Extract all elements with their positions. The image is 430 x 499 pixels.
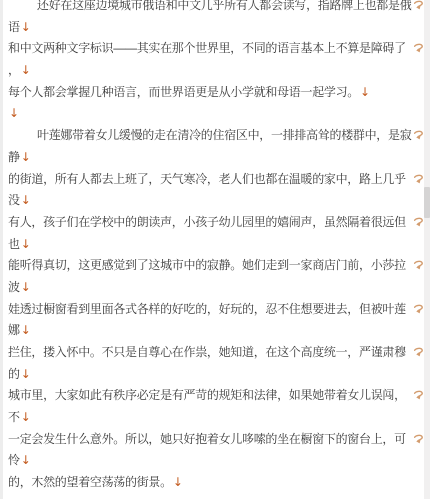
line-text: 波 <box>8 280 20 294</box>
page-edge <box>0 0 3 499</box>
scrollbar-thumb[interactable] <box>424 187 430 218</box>
wrap-return-mark-icon <box>413 130 424 141</box>
line-break-mark-icon: ↓ <box>9 106 19 120</box>
text-line[interactable]: 怜↓ <box>8 450 424 472</box>
line-text: 娜 <box>8 323 20 337</box>
line-text: 不 <box>8 410 20 424</box>
wrap-return-mark-icon <box>413 43 424 54</box>
text-line[interactable]: 不↓ <box>8 407 424 429</box>
text-line[interactable]: 波↓ <box>8 277 424 299</box>
text-line[interactable]: 每个人都会掌握几种语言，而世界语更是从小学就和母语一起学习。↓ <box>8 82 424 104</box>
line-text: 没 <box>8 193 20 207</box>
text-line[interactable]: 还好在这座边境城市俄语和中文几乎所有人都会读写，指路牌上也都是俄 <box>8 0 424 17</box>
line-break-mark-icon: ↓ <box>360 85 370 99</box>
line-text: 的，木然的望着空荡荡的街景。 <box>8 475 172 489</box>
line-break-mark-icon: ↓ <box>21 453 31 467</box>
line-text: 城市里，大家如此有秩序必定是有严苛的规矩和法律，如果她带着女儿误闯， <box>8 388 406 402</box>
text-line[interactable]: 的街道，所有人都去上班了，天气寒冷，老人们也都在温暖的家中，路上几乎 <box>8 169 424 191</box>
wrap-return-mark-icon <box>413 217 424 228</box>
document-view: 还好在这座边境城市俄语和中文几乎所有人都会读写，指路牌上也都是俄语↓和中文两种文… <box>0 0 430 499</box>
text-line[interactable]: ，↓ <box>8 60 424 82</box>
text-line[interactable]: 拦住，搂入怀中。不只是自尊心在作祟，她知道，在这个高度统一，严谨肃穆 <box>8 342 424 364</box>
line-text: 的 <box>8 367 20 381</box>
text-line[interactable]: 有人，孩子们在学校中的朗读声，小孩子幼儿园里的嬉闹声，虽然隔着很远但 <box>8 212 424 234</box>
text-line[interactable]: 娃透过橱窗看到里面各式各样的好吃的，好玩的，忍不住想要进去，但被叶莲 <box>8 299 424 321</box>
text-line[interactable]: 没↓ <box>8 190 424 212</box>
text-line[interactable]: 的，木然的望着空荡荡的街景。↓ <box>8 472 424 494</box>
wrap-return-mark-icon <box>413 174 424 185</box>
line-text: 语 <box>8 20 20 34</box>
text-line[interactable]: 能听得真切，这更感觉到了这城市中的寂静。她们走到一家商店门前，小莎拉 <box>8 255 424 277</box>
wrap-return-mark-icon <box>413 260 424 271</box>
text-line[interactable]: 和中文两种文字标识——其实在那个世界里，不同的语言基本上不算是障碍了 <box>8 38 424 60</box>
line-text: 还好在这座边境城市俄语和中文几乎所有人都会读写，指路牌上也都是俄 <box>8 0 411 12</box>
wrap-return-mark-icon <box>413 390 424 401</box>
text-line[interactable]: ↓ <box>8 103 424 125</box>
line-break-mark-icon: ↓ <box>21 193 31 207</box>
line-text: 一定会发生什么意外。所以，她只好抱着女儿哆嗦的坐在橱窗下的窗台上，可 <box>8 432 406 446</box>
text-line[interactable]: 娜↓ <box>8 320 424 342</box>
line-break-mark-icon: ↓ <box>21 323 31 337</box>
text-line[interactable]: 也↓ <box>8 234 424 256</box>
line-break-mark-icon: ↓ <box>21 20 31 34</box>
line-break-mark-icon: ↓ <box>21 280 31 294</box>
line-break-mark-icon: ↓ <box>21 63 31 77</box>
line-break-mark-icon: ↓ <box>21 237 31 251</box>
text-line[interactable]: 叶莲娜带着女儿缓慢的走在清冷的住宿区中，一排排高耸的楼群中，是寂 <box>8 125 424 147</box>
line-text: 有人，孩子们在学校中的朗读声，小孩子幼儿园里的嬉闹声，虽然隔着很远但 <box>8 215 406 229</box>
line-text: ， <box>8 63 20 77</box>
line-text: 拦住，搂入怀中。不只是自尊心在作祟，她知道，在这个高度统一，严谨肃穆 <box>8 345 406 359</box>
line-break-mark-icon: ↓ <box>173 475 183 489</box>
line-text: 能听得真切，这更感觉到了这城市中的寂静。她们走到一家商店门前，小莎拉 <box>8 258 406 272</box>
wrap-return-mark-icon <box>413 0 424 11</box>
text-line[interactable]: 的↓ <box>8 364 424 386</box>
text-line[interactable]: 静↓ <box>8 147 424 169</box>
line-text: 和中文两种文字标识——其实在那个世界里，不同的语言基本上不算是障碍了 <box>8 41 406 55</box>
line-break-mark-icon: ↓ <box>21 367 31 381</box>
wrap-return-mark-icon <box>413 434 424 445</box>
line-text: 娃透过橱窗看到里面各式各样的好吃的，好玩的，忍不住想要进去，但被叶莲 <box>8 302 406 316</box>
scrollbar[interactable] <box>424 0 430 499</box>
text-line[interactable]: 城市里，大家如此有秩序必定是有严苛的规矩和法律，如果她带着女儿误闯， <box>8 385 424 407</box>
wrap-return-mark-icon <box>413 347 424 358</box>
text-line[interactable]: 语↓ <box>8 17 424 39</box>
line-break-mark-icon: ↓ <box>21 150 31 164</box>
line-text: 每个人都会掌握几种语言，而世界语更是从小学就和母语一起学习。 <box>8 85 359 99</box>
line-break-mark-icon: ↓ <box>21 410 31 424</box>
wrap-return-mark-icon <box>413 304 424 315</box>
line-text: 的街道，所有人都去上班了，天气寒冷，老人们也都在温暖的家中，路上几乎 <box>8 172 406 186</box>
line-text: 怜 <box>8 453 20 467</box>
line-text: 也 <box>8 237 20 251</box>
document-text-area[interactable]: 还好在这座边境城市俄语和中文几乎所有人都会读写，指路牌上也都是俄语↓和中文两种文… <box>8 0 424 494</box>
line-text: 叶莲娜带着女儿缓慢的走在清冷的住宿区中，一排排高耸的楼群中，是寂 <box>8 128 411 142</box>
text-line[interactable]: 一定会发生什么意外。所以，她只好抱着女儿哆嗦的坐在橱窗下的窗台上，可 <box>8 429 424 451</box>
line-text: 静 <box>8 150 20 164</box>
